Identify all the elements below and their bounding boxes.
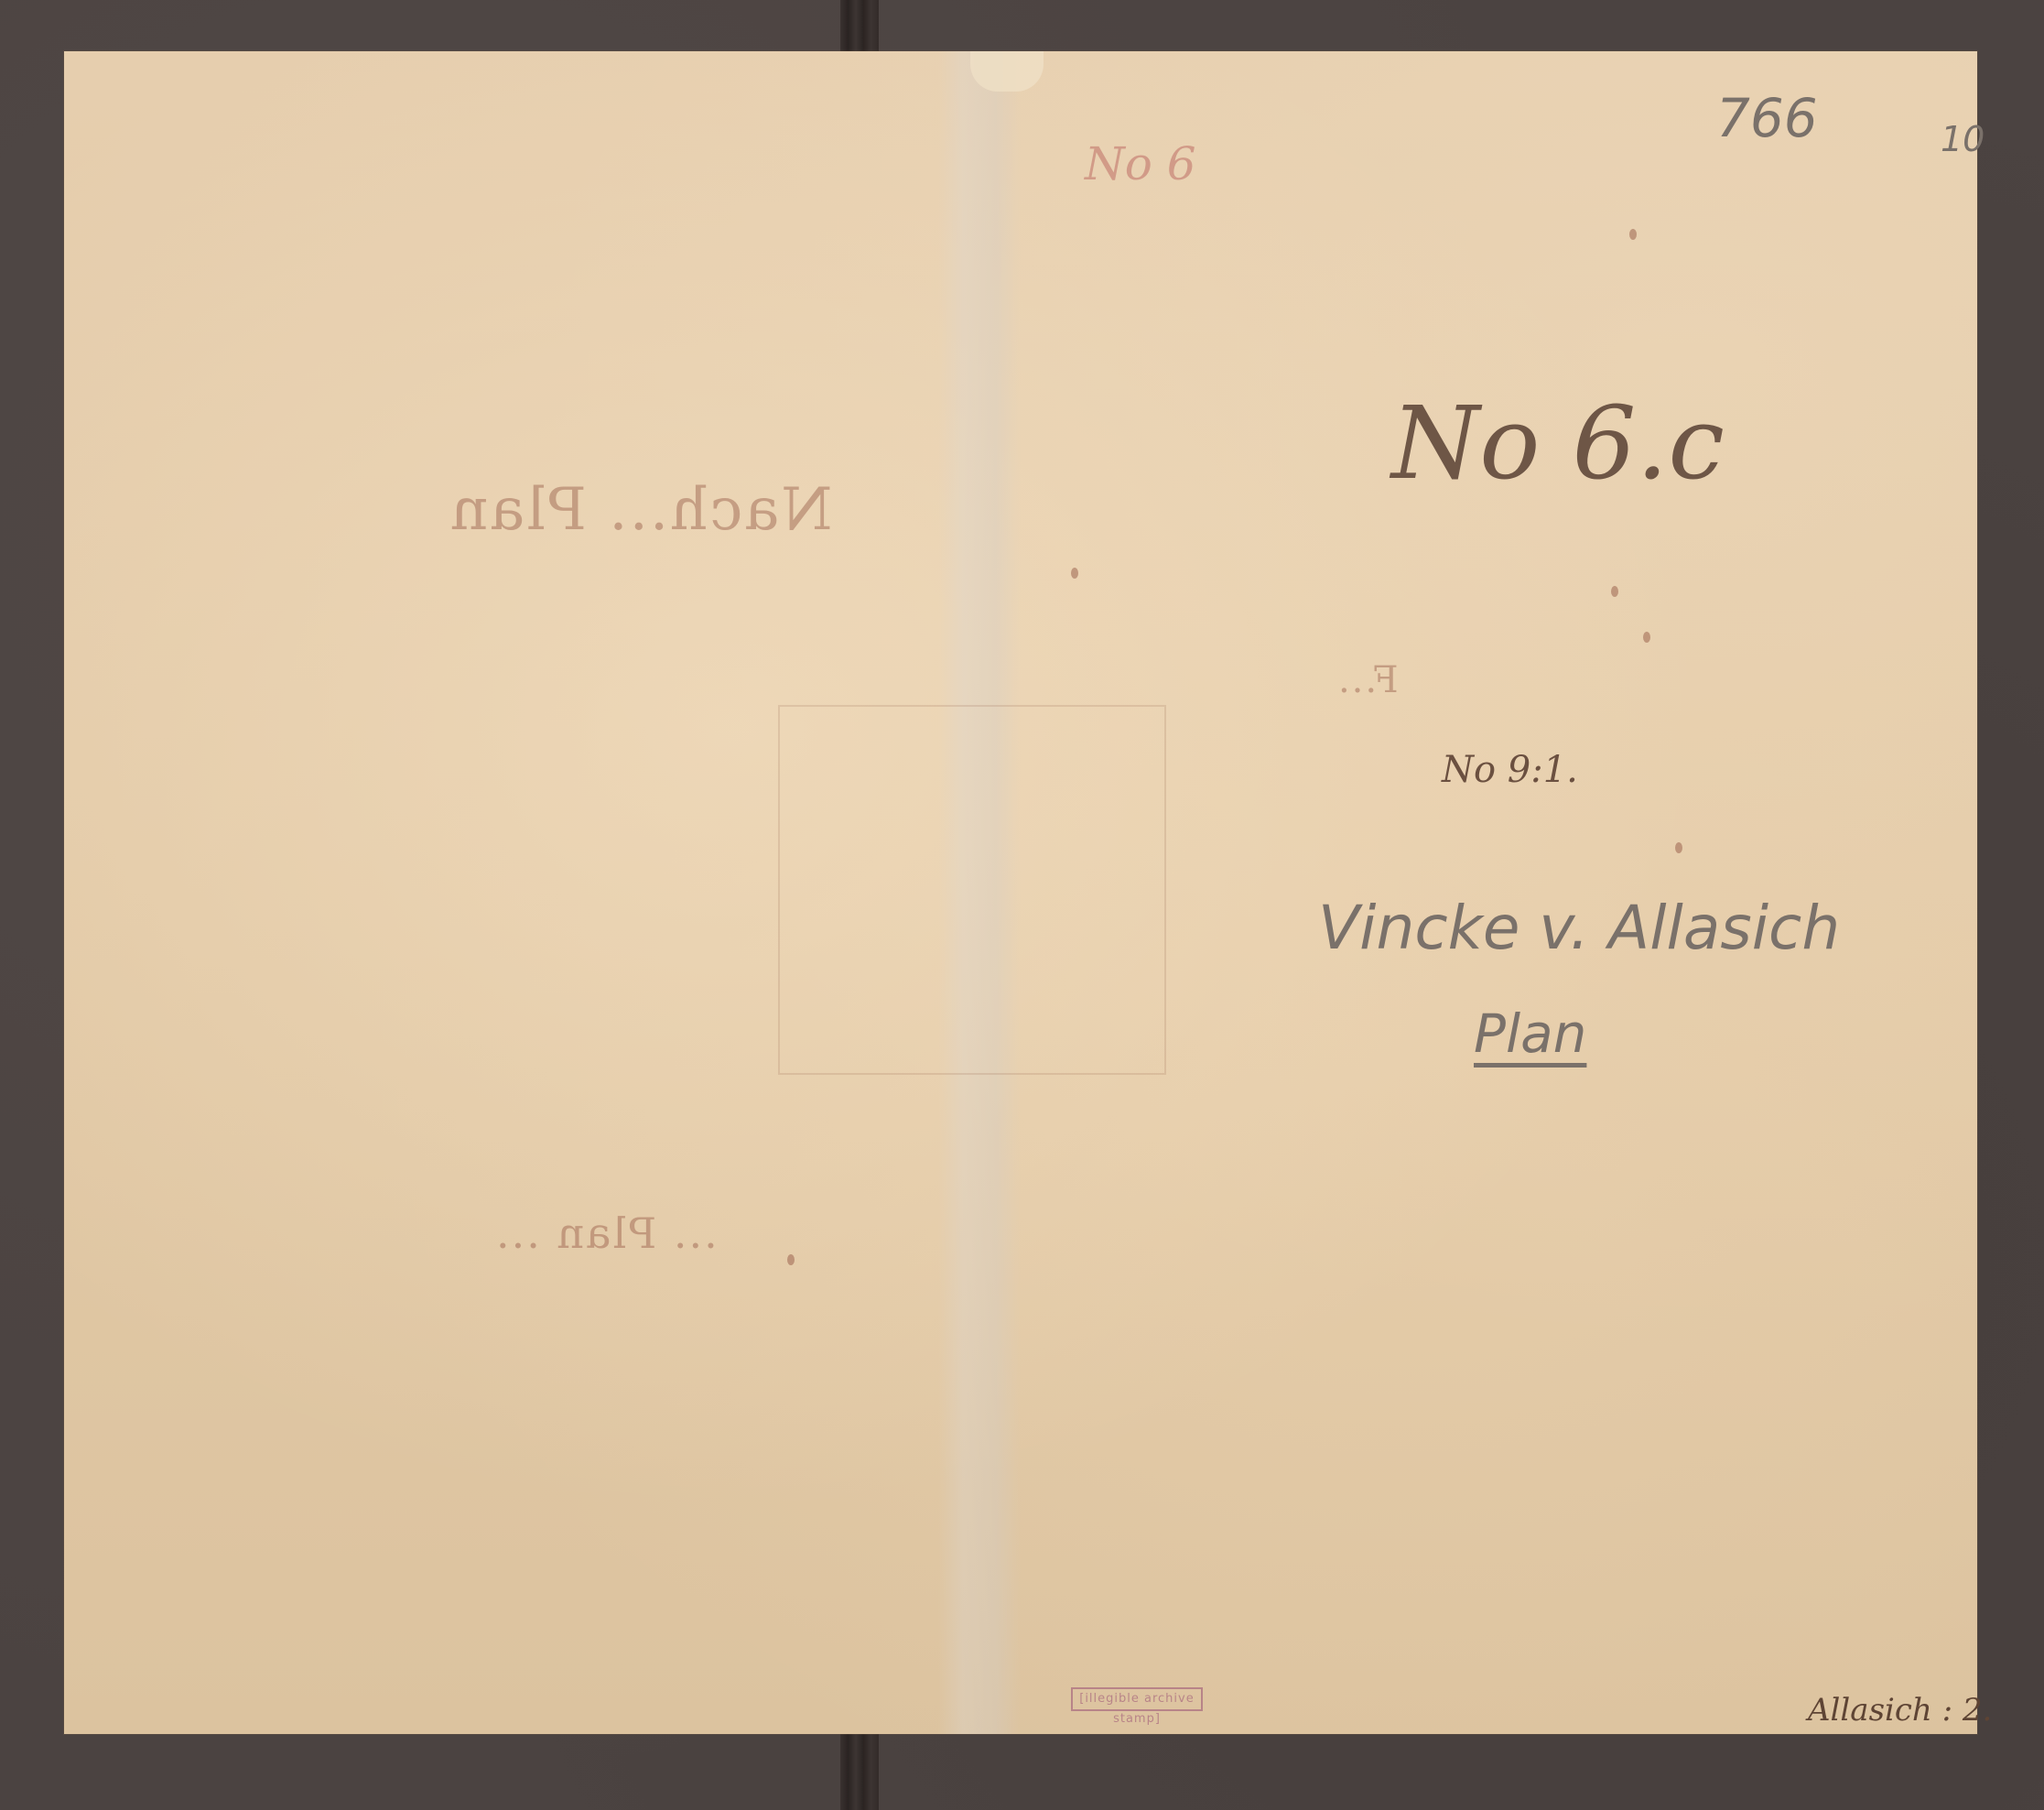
pencil-subtitle: Plan	[1474, 1003, 1586, 1065]
foxing-spot	[1611, 586, 1618, 597]
foxing-spot	[787, 1254, 795, 1265]
foxing-spot	[1071, 568, 1078, 579]
foxing-spot	[1643, 632, 1650, 643]
item-number: No 9:1.	[1442, 749, 1578, 791]
pencil-title: Vincke v. Allasich	[1318, 893, 1840, 963]
bleed-through-bottom-text: ... Plan ...	[494, 1208, 718, 1258]
faint-number-top: No 6	[1085, 137, 1196, 190]
bleed-through-frame	[778, 705, 1166, 1075]
bleed-through-right-text: F...	[1336, 659, 1399, 701]
foxing-spot	[1675, 842, 1682, 853]
paper-tear	[970, 51, 1044, 92]
foxing-spot	[1629, 229, 1637, 240]
bottom-right-label: Allasich : 2.	[1808, 1692, 1992, 1729]
folio-number: 766	[1716, 87, 1818, 149]
catalog-number: No 6.c	[1391, 385, 1725, 502]
bleed-through-title: Nach... Plan	[449, 476, 833, 544]
archive-stamp: [illegible archive stamp]	[1071, 1687, 1203, 1711]
leaf-number: 10	[1941, 119, 1985, 159]
